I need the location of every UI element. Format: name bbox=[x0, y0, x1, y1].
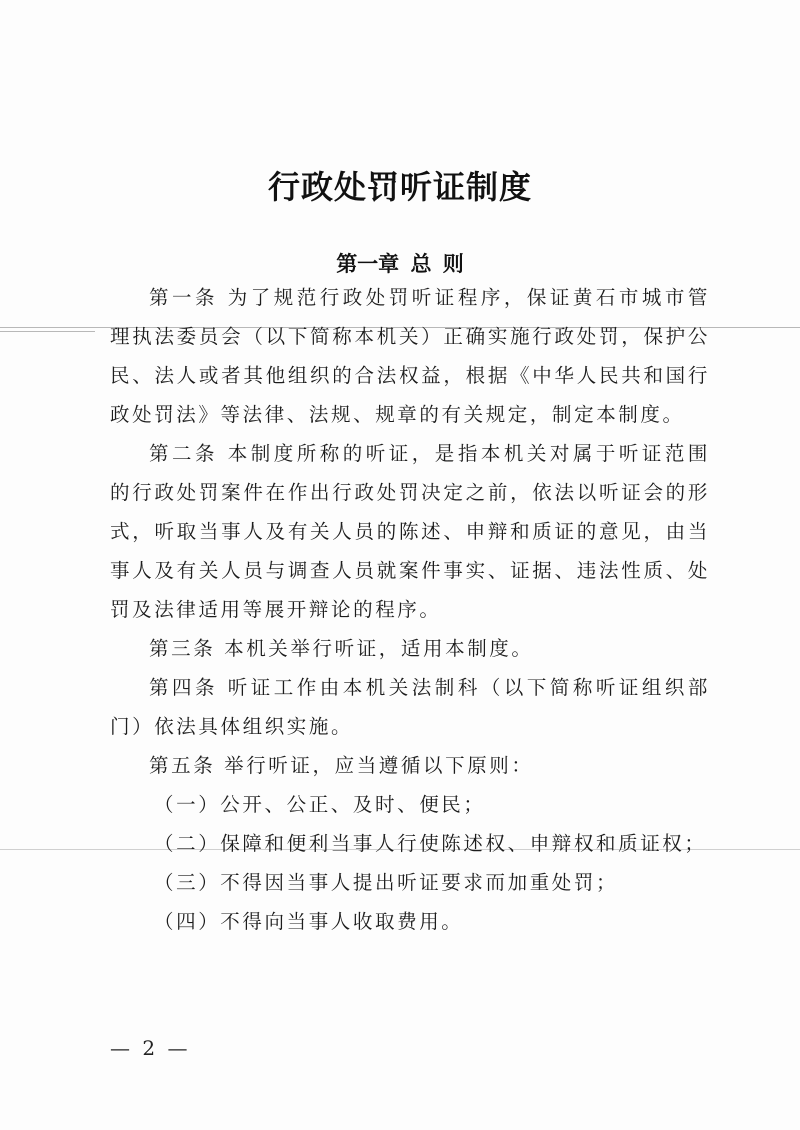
chapter-heading: 第一章 总 则 bbox=[0, 248, 800, 278]
article-1: 第一条 为了规范行政处罚听证程序，保证黄石市城市管理执法委员会（以下简称本机关）… bbox=[110, 278, 710, 434]
document-page: 行政处罚听证制度 第一章 总 则 第一条 为了规范行政处罚听证程序，保证黄石市城… bbox=[0, 0, 800, 1130]
principle-item-4: （四）不得向当事人收取费用。 bbox=[110, 902, 710, 941]
article-4: 第四条 听证工作由本机关法制科（以下简称听证组织部门）依法具体组织实施。 bbox=[110, 668, 710, 746]
principle-item-2: （二）保障和便利当事人行使陈述权、申辩权和质证权； bbox=[110, 824, 710, 863]
article-3: 第三条 本机关举行听证，适用本制度。 bbox=[110, 629, 710, 668]
document-body: 第一条 为了规范行政处罚听证程序，保证黄石市城市管理执法委员会（以下简称本机关）… bbox=[110, 278, 710, 941]
scan-artifact-line bbox=[0, 331, 95, 332]
principle-item-3: （三）不得因当事人提出听证要求而加重处罚； bbox=[110, 863, 710, 902]
page-number: — 2 — bbox=[110, 1036, 190, 1060]
principle-item-1: （一）公开、公正、及时、便民； bbox=[110, 785, 710, 824]
article-2: 第二条 本制度所称的听证，是指本机关对属于听证范围的行政处罚案件在作出行政处罚决… bbox=[110, 434, 710, 629]
article-5: 第五条 举行听证，应当遵循以下原则： bbox=[110, 746, 710, 785]
document-title: 行政处罚听证制度 bbox=[0, 162, 800, 208]
